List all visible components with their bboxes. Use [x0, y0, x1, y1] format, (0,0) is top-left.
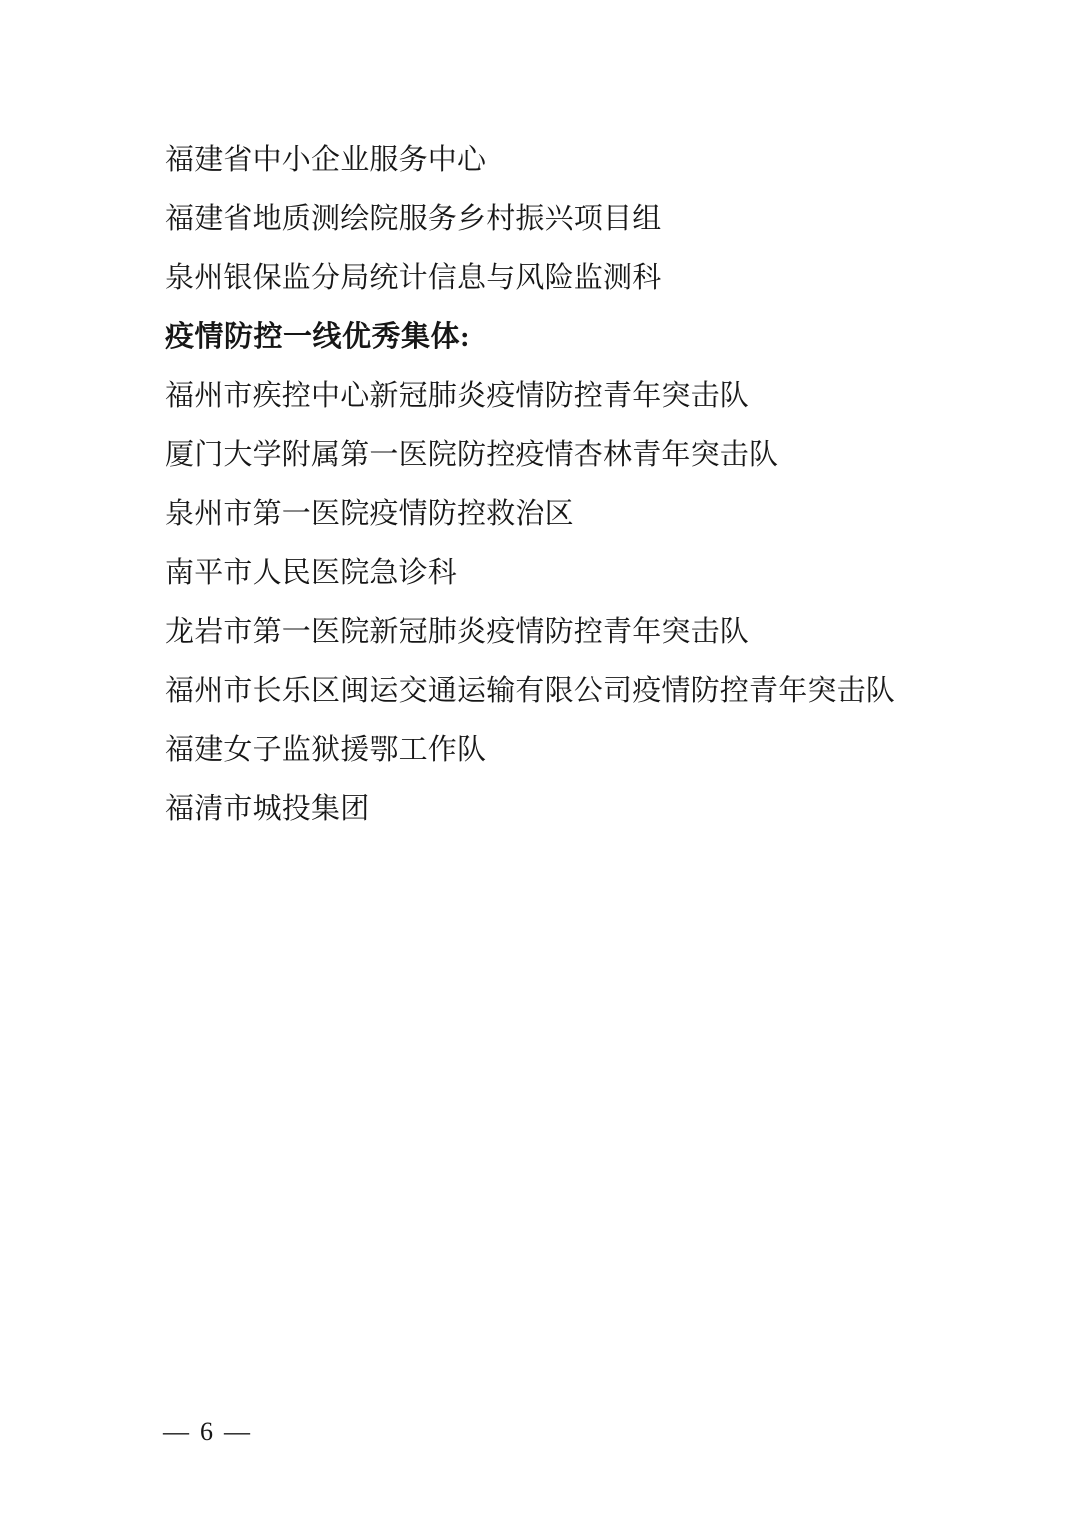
- document-page: 福建省中小企业服务中心 福建省地质测绘院服务乡村振兴项目组 泉州银保监分局统计信…: [0, 0, 1080, 1527]
- text-line: 福清市城投集团: [165, 780, 1020, 839]
- text-line: 福州市长乐区闽运交通运输有限公司疫情防控青年突击队: [165, 662, 1020, 721]
- text-line: 福建省地质测绘院服务乡村振兴项目组: [165, 190, 1020, 249]
- document-body: 福建省中小企业服务中心 福建省地质测绘院服务乡村振兴项目组 泉州银保监分局统计信…: [165, 131, 1020, 839]
- page-number: 6: [200, 1417, 213, 1447]
- text-line: 福建女子监狱援鄂工作队: [165, 721, 1020, 780]
- text-line: 泉州市第一医院疫情防控救治区: [165, 485, 1020, 544]
- text-line: 福建省中小企业服务中心: [165, 131, 1020, 190]
- text-line: 福州市疾控中心新冠肺炎疫情防控青年突击队: [165, 367, 1020, 426]
- page-footer: — 6 —: [163, 1417, 250, 1447]
- footer-dash-right: —: [224, 1417, 250, 1447]
- text-line: 厦门大学附属第一医院防控疫情杏林青年突击队: [165, 426, 1020, 485]
- footer-dash-left: —: [163, 1417, 189, 1447]
- text-line: 龙岩市第一医院新冠肺炎疫情防控青年突击队: [165, 603, 1020, 662]
- text-line: 泉州银保监分局统计信息与风险监测科: [165, 249, 1020, 308]
- text-line: 南平市人民医院急诊科: [165, 544, 1020, 603]
- section-heading: 疫情防控一线优秀集体:: [165, 308, 1020, 367]
